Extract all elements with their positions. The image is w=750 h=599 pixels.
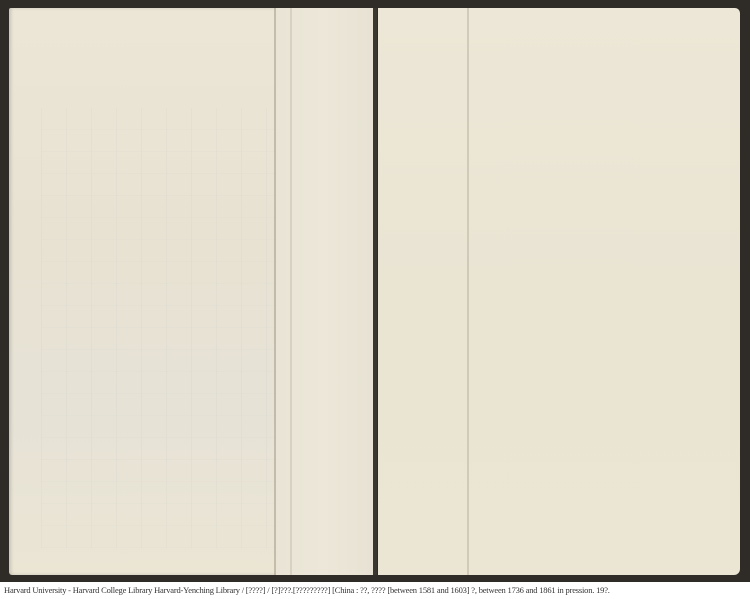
book-scan bbox=[0, 0, 750, 582]
book-gutter bbox=[373, 8, 377, 575]
image-caption: Harvard University - Harvard College Lib… bbox=[4, 585, 610, 595]
fold-line bbox=[274, 8, 276, 575]
fold-line bbox=[290, 8, 292, 575]
fold-line bbox=[467, 8, 469, 575]
right-page bbox=[378, 8, 740, 575]
